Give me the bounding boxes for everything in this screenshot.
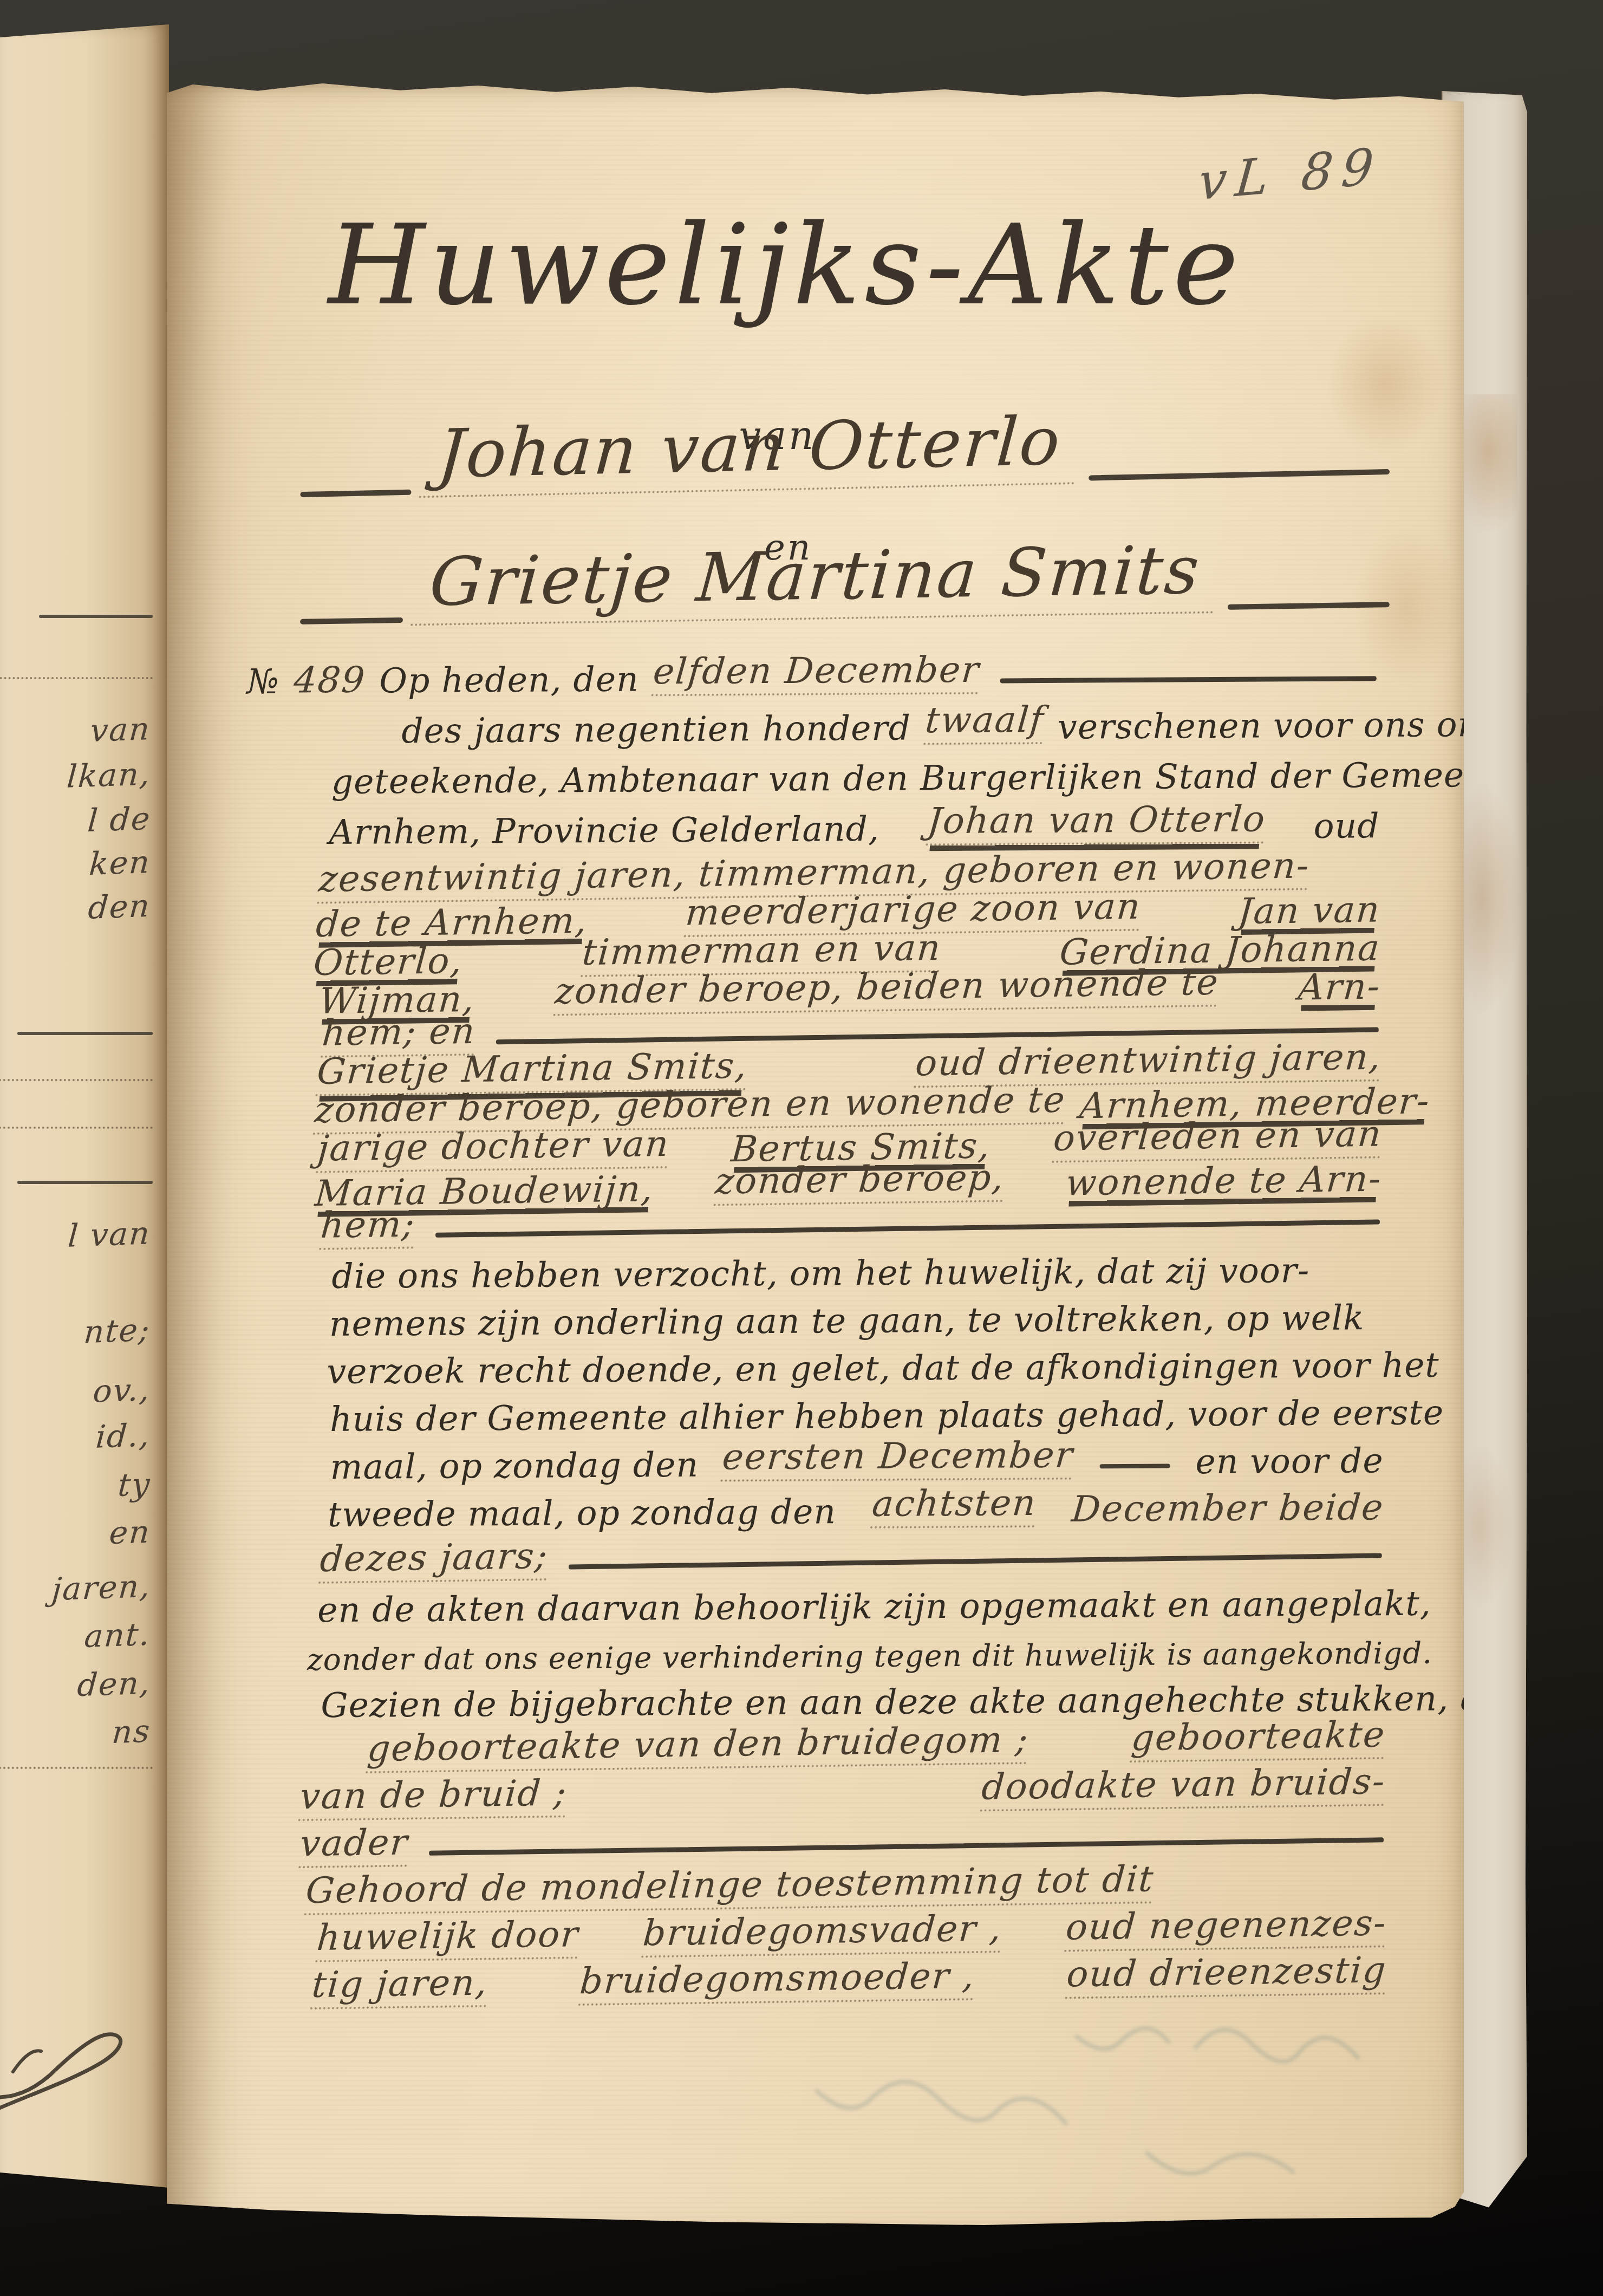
previous-page-rule bbox=[0, 1767, 153, 1769]
printed-form-text: maal, op zondag den bbox=[330, 1448, 699, 1484]
page-annotation: vL 89 bbox=[1196, 137, 1385, 212]
bride-name-row: Grietje Martina Smits bbox=[299, 534, 1390, 628]
handwritten-text: dezes jaars; bbox=[318, 1539, 549, 1584]
handwritten-text: bruidegomsvader , bbox=[641, 1911, 1003, 1958]
handwritten-text: zonder beroep, bbox=[714, 1160, 1006, 1206]
previous-page-line-ending: ty bbox=[117, 1468, 152, 1501]
ink-rule bbox=[435, 1220, 1380, 1238]
act-line: №489Op heden, denelfden December bbox=[246, 641, 1379, 699]
printed-form-text: die ons hebben verzocht, om het huwelijk… bbox=[331, 1254, 1309, 1293]
printed-form-text: nemens zijn onderling aan te gaan, te vo… bbox=[329, 1302, 1365, 1341]
printed-form-text: oud bbox=[1313, 809, 1379, 843]
ink-rule bbox=[1000, 676, 1376, 683]
handwritten-text: de te Arnhem, bbox=[315, 903, 589, 942]
handwritten-text: 489 bbox=[292, 663, 367, 699]
handwritten-text: overleden en van bbox=[1052, 1117, 1383, 1163]
printed-form-text: en voor de bbox=[1195, 1444, 1383, 1479]
previous-page-line-ending: ov., bbox=[92, 1374, 152, 1407]
handwritten-text: Johan van Otterlo bbox=[926, 802, 1267, 846]
handwritten-text: jarige dochter van bbox=[316, 1127, 670, 1173]
previous-page-rule bbox=[17, 1181, 153, 1184]
handwritten-text: eersten December bbox=[720, 1438, 1074, 1482]
previous-page-rule bbox=[0, 1127, 153, 1129]
act-line: geteekende, Ambtenaar van den Burgerlijk… bbox=[331, 742, 1380, 799]
previous-page-line-ending: l de bbox=[86, 803, 152, 836]
handwritten-text: tig jaren, bbox=[310, 1966, 489, 2009]
handwritten-text: Otterlo, bbox=[312, 944, 464, 981]
previous-page-rule bbox=[17, 1032, 153, 1035]
printed-form-text: tweede maal, op zondag den bbox=[328, 1495, 836, 1532]
groom-name: Johan van Otterlo bbox=[419, 408, 1079, 498]
previous-page-line-ending: jaren, bbox=[50, 1570, 152, 1605]
printed-form-text: des jaars negentien honderd bbox=[401, 712, 911, 748]
certificate-title: Huwelijks-Akte bbox=[137, 210, 1434, 321]
photo-backdrop: vanlkan,l dekendenl vannte;ov.,id.,tyenj… bbox=[0, 0, 1603, 2296]
bride-name: Grietje Martina Smits bbox=[410, 537, 1219, 626]
handwritten-text: hem; bbox=[319, 1207, 416, 1250]
handwritten-text: wonende te Arn- bbox=[1065, 1162, 1383, 1201]
handwritten-text: huwelijk door bbox=[315, 1917, 580, 1962]
certificate-page: vL 89 Huwelijks-Akte van Johan van Otter… bbox=[167, 81, 1464, 2230]
previous-page-edge: vanlkan,l dekendenl vannte;ov.,id.,tyenj… bbox=[0, 24, 169, 2196]
previous-page-line-ending: lkan, bbox=[66, 758, 152, 792]
printed-form-text: Arnhem, Provincie Gelderland, bbox=[329, 812, 879, 849]
handwritten-text: Arn- bbox=[1297, 970, 1382, 1006]
handwritten-text: vader bbox=[298, 1825, 409, 1869]
printed-form-text: № bbox=[247, 665, 280, 699]
handwritten-text: geboorteakte bbox=[1130, 1718, 1387, 1762]
handwritten-text: Jan van bbox=[1237, 893, 1382, 929]
handwritten-text: oud negenenzes- bbox=[1064, 1906, 1388, 1952]
ink-rule bbox=[1099, 1464, 1170, 1469]
printed-form-text: geteekende, Ambtenaar van den Burgerlijk… bbox=[331, 758, 1522, 799]
act-body-text: №489Op heden, denelfden Decemberdes jaar… bbox=[341, 641, 1386, 2005]
previous-page-line-ending: en bbox=[108, 1516, 152, 1549]
handwritten-text: doodakte van bruids- bbox=[980, 1765, 1387, 1812]
previous-page-line-ending: ant. bbox=[83, 1618, 152, 1652]
ink-underline bbox=[1089, 469, 1390, 481]
handwritten-text: achtsten bbox=[870, 1486, 1038, 1529]
previous-page-rule bbox=[39, 615, 153, 618]
previous-page-rule bbox=[0, 677, 153, 679]
groom-name-row: Johan van Otterlo bbox=[299, 401, 1390, 500]
previous-page-line-ending: van bbox=[89, 713, 152, 746]
signature-fragment bbox=[0, 1980, 138, 2142]
handwritten-text: van de bruid ; bbox=[298, 1776, 569, 1822]
printed-form-text: zonder dat ons eenige verhindering tegen… bbox=[307, 1639, 1432, 1675]
printed-form-text: huis der Gemeente alhier hebben plaats g… bbox=[330, 1396, 1444, 1436]
printed-form-text: verzoek recht doende, en gelet, dat de a… bbox=[327, 1349, 1439, 1389]
previous-page-line-ending: ns bbox=[111, 1715, 152, 1748]
ink-underline bbox=[300, 490, 411, 497]
handwritten-text: elfden December bbox=[651, 653, 981, 696]
handwritten-text: twaalf bbox=[923, 703, 1045, 745]
printed-form-text: en de akten daarvan behoorlijk zijn opge… bbox=[317, 1587, 1431, 1627]
act-line: des jaars negentien honderdtwaalfversche… bbox=[401, 692, 1379, 748]
previous-page-line-ending: l van bbox=[67, 1217, 152, 1251]
ink-rule bbox=[569, 1553, 1382, 1569]
previous-page-line-ending: ken bbox=[88, 846, 152, 880]
handwritten-text: bruidegomsmoeder , bbox=[578, 1959, 976, 2006]
handwritten-text: oud drieenzestig bbox=[1065, 1953, 1388, 1999]
previous-page-rule bbox=[0, 1079, 153, 1081]
ink-underline bbox=[1228, 602, 1390, 610]
previous-page-line-ending: id., bbox=[95, 1419, 152, 1452]
printed-form-text: Op heden, den bbox=[379, 663, 639, 698]
ink-bleedthrough bbox=[643, 2009, 1402, 2204]
previous-page-line-ending: den bbox=[87, 890, 152, 923]
previous-page-line-ending: den, bbox=[76, 1667, 152, 1701]
previous-page-line-ending: nte; bbox=[83, 1314, 152, 1348]
ink-underline bbox=[300, 617, 403, 625]
ink-rule bbox=[429, 1837, 1384, 1856]
